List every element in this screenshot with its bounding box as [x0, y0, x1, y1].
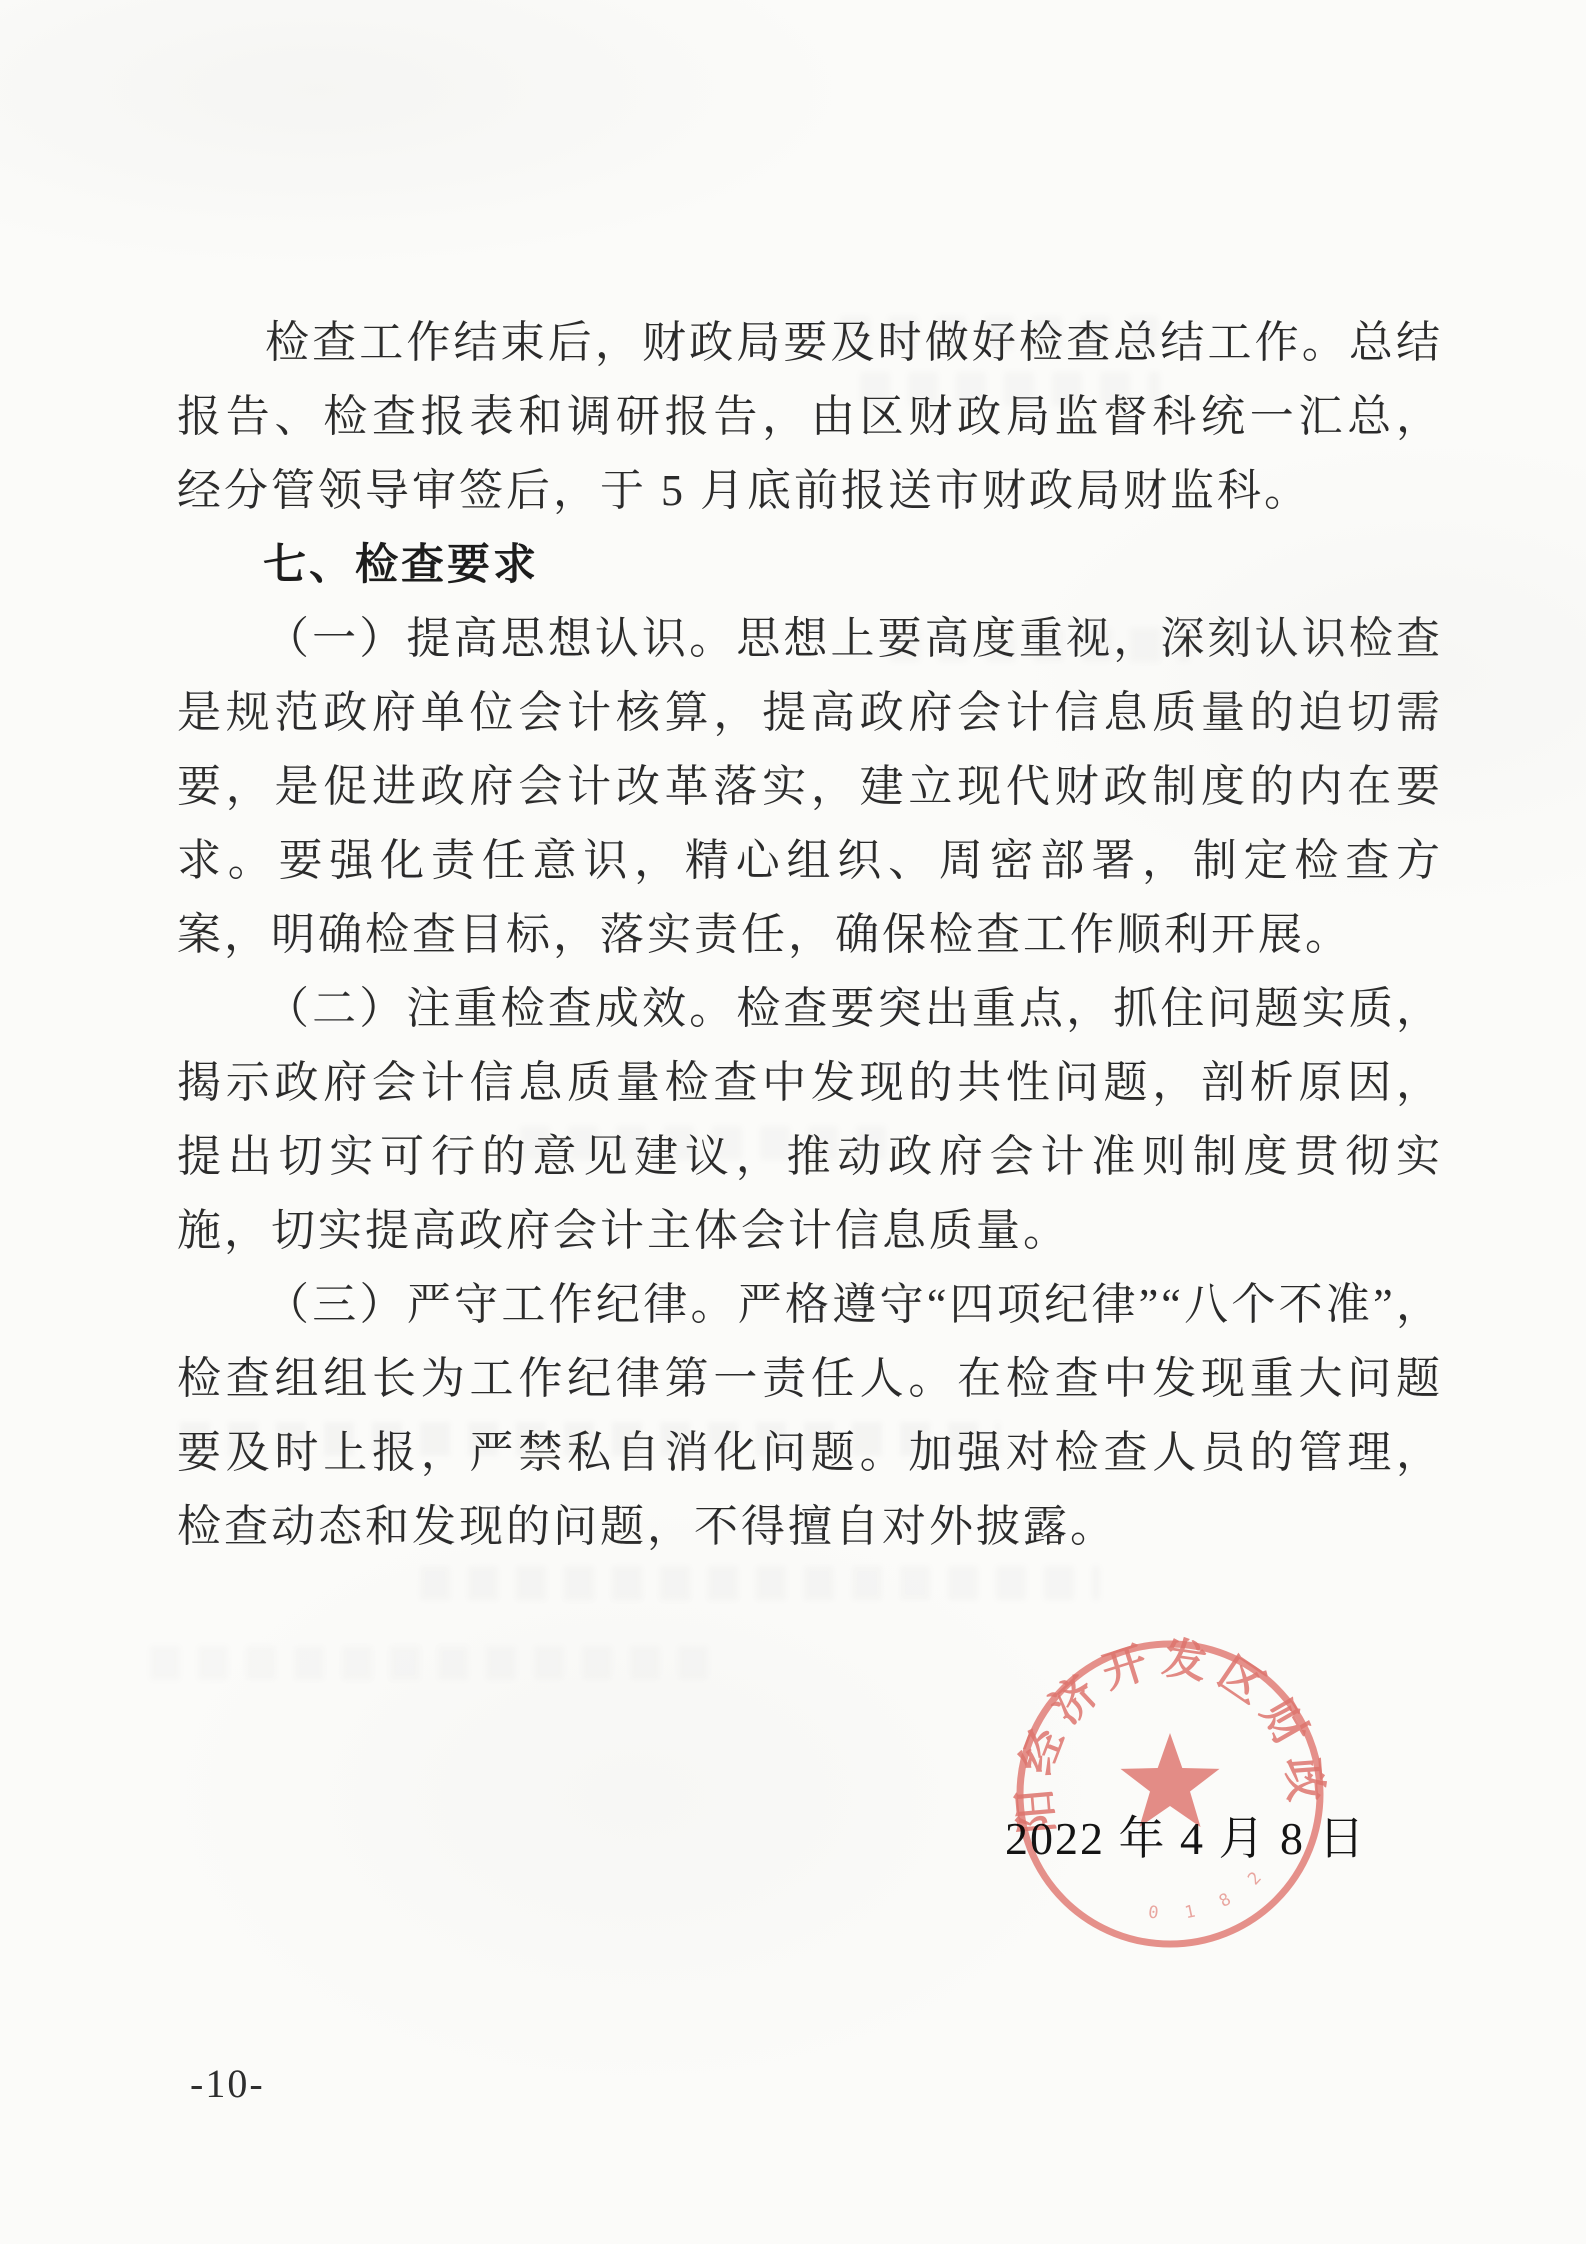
paragraph-item-one: （一）提高思想认识。思想上要高度重视，深刻认识检查是规范政府单位会计核算，提高政…: [177, 602, 1443, 972]
bleed-through-artifact: [150, 1646, 710, 1680]
paragraph-item-three: （三）严守工作纪律。严格遵守“四项纪律”“八个不准”，检查组组长为工作纪律第一责…: [177, 1268, 1443, 1564]
document-body: 检查工作结束后，财政局要及时做好检查总结工作。总结报告、检查报表和调研报告，由区…: [177, 306, 1443, 1564]
bleed-through-artifact: [420, 1566, 1100, 1600]
paragraph-item-two: （二）注重检查成效。检查要突出重点，抓住问题实质，揭示政府会计信息质量检查中发现…: [177, 972, 1443, 1268]
issue-date: 2022 年 4 月 8 日: [1005, 1802, 1367, 1868]
page-number: -10-: [190, 2060, 265, 2107]
paragraph-summary-report: 检查工作结束后，财政局要及时做好检查总结工作。总结报告、检查报表和调研报告，由区…: [177, 306, 1443, 528]
section-heading-inspection-requirements: 七、检查要求: [177, 528, 1443, 602]
document-page: 检查工作结束后，财政局要及时做好检查总结工作。总结报告、检查报表和调研报告，由区…: [0, 0, 1586, 2244]
